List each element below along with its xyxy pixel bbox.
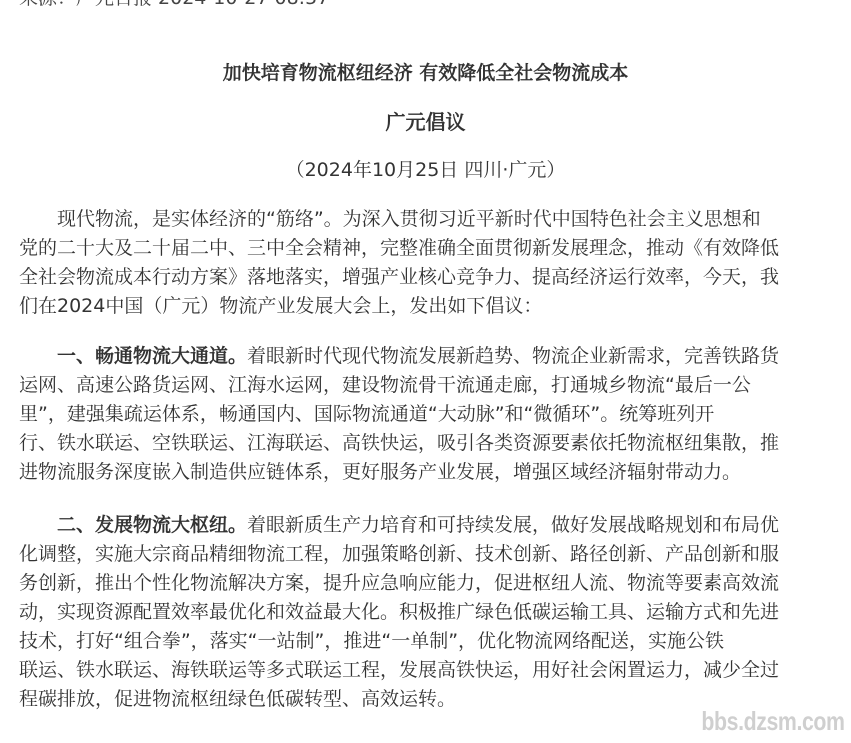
paragraph-line: 化调整，实施大宗商品精细物流工程，加强策略创新、技术创新、路径创新、产品创新和服 [19,540,839,569]
paragraph-line: 二、发展物流大枢纽。着眼新质生产力培育和可持续发展，做好发展战略规划和布局优 [19,511,839,540]
paragraph-line: 里”，建强集疏运体系，畅通国内、国际物流通道“大动脉”和“微循环”。统筹班列开 [19,400,839,429]
paragraph-line: 一、畅通物流大通道。着眼新时代现代物流发展新趋势、物流企业新需求，完善铁路货 [19,342,839,371]
paragraph-line: 进物流服务深度嵌入制造供应链体系，更好服务产业发展，增强区域经济辐射带动力。 [19,458,839,487]
paragraph-line: 现代物流，是实体经济的“筋络”。为深入贯彻习近平新时代中国特色社会主义思想和 [19,205,839,234]
section-paragraph-2: 二、发展物流大枢纽。着眼新质生产力培育和可持续发展，做好发展战略规划和布局优 化… [19,511,839,714]
paragraph-line: 党的二十大及二十届二中、三中全会精神，完整准确全面贯彻新发展理念，推动《有效降低 [19,234,839,263]
paragraph-line: 全社会物流成本行动方案》落地落实，增强产业核心竞争力、提高经济运行效率，今天，我 [19,263,839,292]
article-subtitle: 广元倡议 [0,108,851,136]
intro-paragraph: 现代物流，是实体经济的“筋络”。为深入贯彻习近平新时代中国特色社会主义思想和 党… [19,205,839,321]
article-title: 加快培育物流枢纽经济 有效降低全社会物流成本 [0,60,851,86]
section-text: 着眼新时代现代物流发展新趋势、物流企业新需求，完善铁路货 [247,345,779,367]
paragraph-line: 们在2024中国（广元）物流产业发展大会上，发出如下倡议： [19,292,839,321]
paragraph-line: 运网、高速公路货运网、江海水运网，建设物流骨干流通走廊，打通城乡物流“最后一公 [19,371,839,400]
source-line: 来源：广元日报 2024-10-27 08:57 [19,0,329,10]
watermark: bbs.dzsm.com [702,706,845,737]
section-heading: 二、发展物流大枢纽。 [57,514,247,536]
section-paragraph-1: 一、畅通物流大通道。着眼新时代现代物流发展新趋势、物流企业新需求，完善铁路货 运… [19,342,839,487]
section-text: 着眼新质生产力培育和可持续发展，做好发展战略规划和布局优 [247,514,779,536]
article-dateline: （2024年10月25日 四川·广元） [0,157,851,183]
paragraph-line: 联运、铁水联运、海铁联运等多式联运工程，发展高铁快运，用好社会闲置运力，减少全过 [19,656,839,685]
section-heading: 一、畅通物流大通道。 [57,345,247,367]
paragraph-line: 行、铁水联运、空铁联运、江海联运、高铁快运，吸引各类资源要素依托物流枢纽集散，推 [19,429,839,458]
paragraph-line: 技术，打好“组合拳”，落实“一站制”，推进“一单制”，优化物流网络配送，实施公铁 [19,627,839,656]
paragraph-line: 动，实现资源配置效率最优化和效益最大化。积极推广绿色低碳运输工具、运输方式和先进 [19,598,839,627]
paragraph-line: 务创新，推出个性化物流解决方案，提升应急响应能力，促进枢纽人流、物流等要素高效流 [19,569,839,598]
